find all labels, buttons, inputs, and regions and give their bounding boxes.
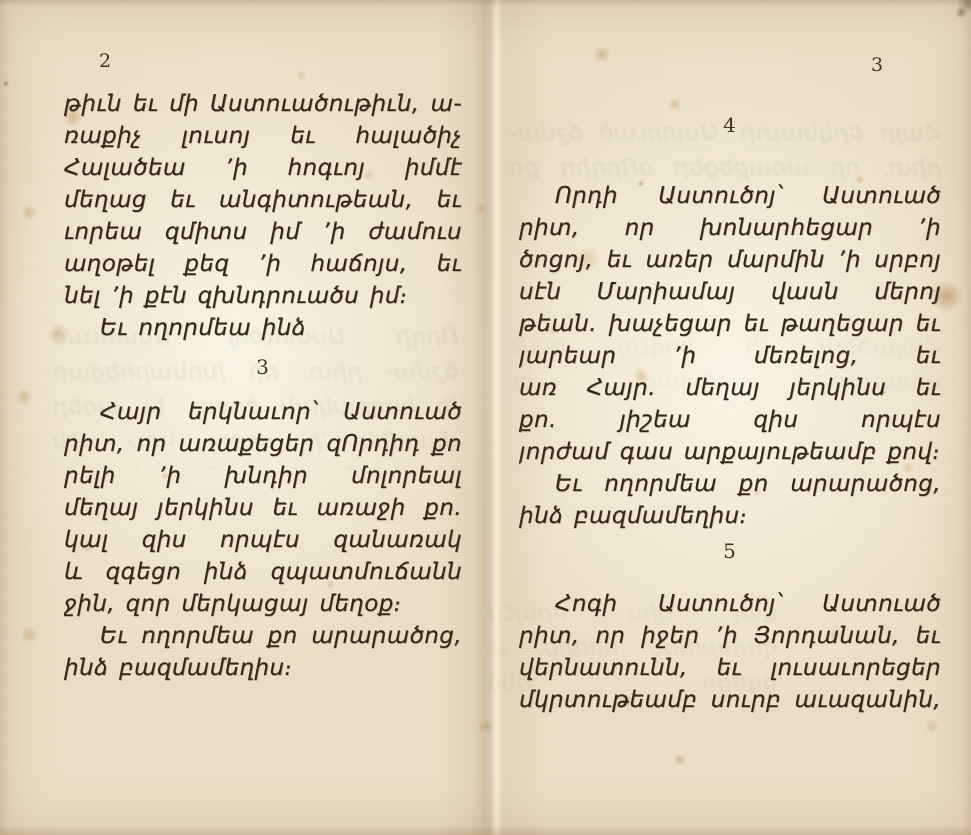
page-number-left: 2: [99, 50, 112, 72]
paragraph: Եւ ողորմեա ինձ բազմամեղիս։: [64, 312, 462, 344]
text-line: Եւ ողորմեա քո արարածոց, եւ: [64, 620, 462, 652]
text-line: վերնատունն, եւ լուսաւորեցեր զիս: [519, 652, 941, 684]
text-line: մկրտութեամբ սուրբ աւազանին,: [519, 684, 941, 716]
text-line: րելի ՚ի խնդիր մոլորեալ ոչխարին,: [64, 460, 462, 492]
text-line: ծոցոյ, եւ առեր մարմին ՚ի սրբոյ Կու-: [519, 244, 941, 276]
text-line: ռաքիչ լուսոյ եւ հալածիչ խաւարի.: [64, 120, 462, 152]
text-line: թիւն եւ մի Աստուածութիւն, ա-: [64, 88, 462, 120]
text-line: կալ զիս որպէս զանառակ որդին,: [64, 524, 462, 556]
text-line: սէն Մարիամայ վասն մերոյ փրկու-: [519, 276, 941, 308]
section-number: 5: [519, 538, 941, 564]
text-line: Եւ ողորմեա քո արարածոց, եւ: [519, 468, 941, 500]
text-line: ջին, զոր մերկացայ մեղօք։: [64, 588, 462, 620]
text-line: աղօթել քեզ ՚ի հաճոյս, եւ ընդու-: [64, 248, 462, 280]
text-line: Եւ ողորմեա ինձ բազմամեղիս։: [64, 312, 462, 344]
text-line: և զգեցո ինձ զպատմուճանն առա-: [64, 556, 462, 588]
page-text-left: թիւն եւ մի Աստուածութիւն, ա-ռաքիչ լուսոյ…: [64, 88, 462, 684]
paragraph: Հայր երկնաւոր՝ Աստուած ճշմա-րիտ, որ առաք…: [64, 396, 462, 620]
page-right: 3 4Որդի Աստուծոյ՝ Աստուած ճշմա-րիտ, որ խ…: [487, 0, 971, 835]
page-left: 2 թիւն եւ մի Աստուածութիւն, ա-ռաքիչ լուս…: [0, 0, 487, 835]
text-line: ինձ բազմամեղիս։: [519, 500, 941, 532]
text-line: Որդի Աստուծոյ՝ Աստուած ճշմա-: [519, 180, 941, 212]
text-line: թեան. խաչեցար եւ թաղեցար եւ: [519, 308, 941, 340]
page-number-right: 3: [871, 54, 884, 76]
paragraph: Եւ ողորմեա քո արարածոց, եւինձ բազմամեղիս…: [519, 468, 941, 532]
text-line: յարեար ՚ի մեռելոց, եւ համբարձար: [519, 340, 941, 372]
paragraph: Հոգի Աստուծոյ՝ Աստուած ճշմա-րիտ, որ իջեր…: [519, 588, 941, 716]
text-line: րիտ, որ առաքեցեր զՈրդիդ քո սի-: [64, 428, 462, 460]
text-line: ինձ բազմամեղիս։: [64, 652, 462, 684]
text-line: Հալածեա ՚ի հոգւոյ իմմէ զխաւար: [64, 152, 462, 184]
section-number: 4: [519, 112, 941, 138]
paragraph: Եւ ողորմեա քո արարածոց, եւինձ բազմամեղիս…: [64, 620, 462, 684]
text-line: Հոգի Աստուծոյ՝ Աստուած ճշմա-: [519, 588, 941, 620]
text-line: առ Հայր. մեղայ յերկինս եւ առաջի: [519, 372, 941, 404]
text-line: ւորեա զմիտս իմ ՚ի ժամուս յայսմիկ: [64, 216, 462, 248]
text-line: նել ՚ի քէն զխնդրուածս իմ։: [64, 280, 462, 312]
paragraph: թիւն եւ մի Աստուածութիւն, ա-ռաքիչ լուսոյ…: [64, 88, 462, 312]
section-number: 3: [64, 354, 462, 380]
text-line: մեղայ յերկինս եւ առաջի քո. ըն-: [64, 492, 462, 524]
paragraph: Որդի Աստուծոյ՝ Աստուած ճշմա-րիտ, որ խոնա…: [519, 180, 941, 468]
text-line: յորժամ գաս արքայութեամբ քով։: [519, 436, 941, 468]
text-line: Հայր երկնաւոր՝ Աստուած ճշմա-: [64, 396, 462, 428]
text-line: մեղաց եւ անգիտութեան, եւ լուսա-: [64, 184, 462, 216]
book-spread: 2 թիւն եւ մի Աստուածութիւն, ա-ռաքիչ լուս…: [0, 0, 971, 835]
text-line: րիտ, որ խոնարհեցար ՚ի հայրական: [519, 212, 941, 244]
text-line: րիտ, որ իջեր ՚ի Յորդանան, եւ ՚ի: [519, 620, 941, 652]
text-line: քո. յիշեա զիս որպէս զաւազակն,: [519, 404, 941, 436]
page-text-right: 4Որդի Աստուծոյ՝ Աստուած ճշմա-րիտ, որ խոն…: [519, 112, 941, 716]
